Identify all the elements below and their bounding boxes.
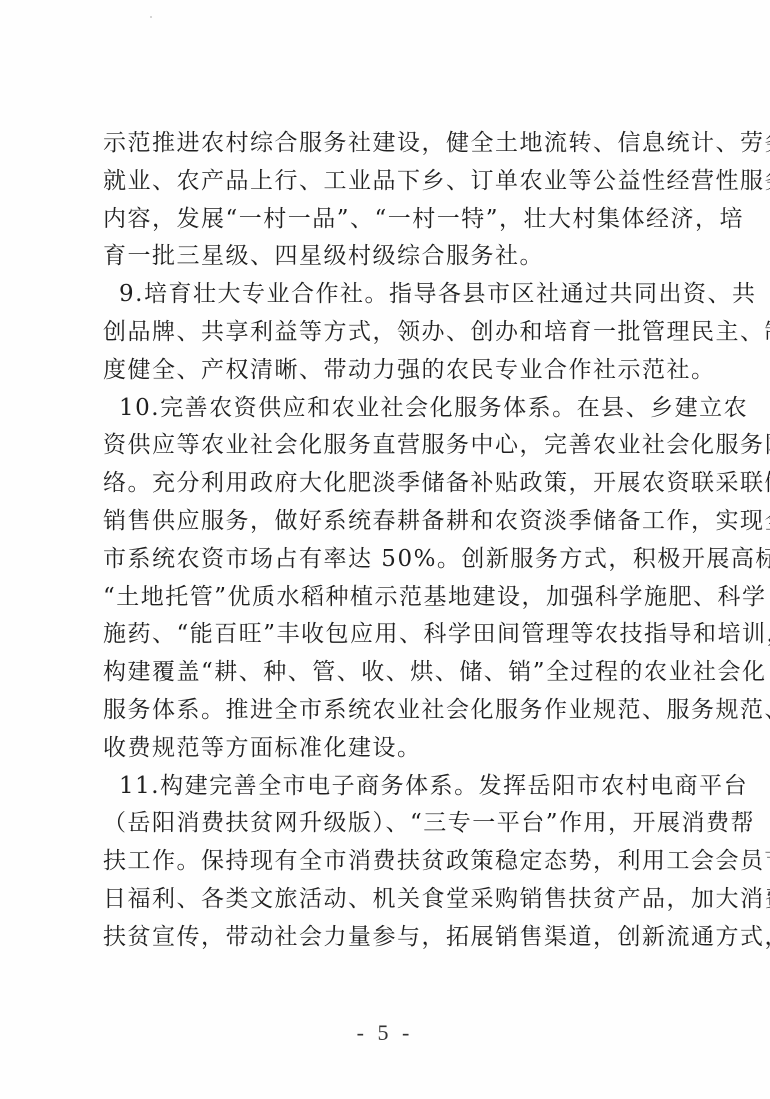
text-line-21: 日福利、各类文旅活动、机关食堂采购销售扶贫产品，加大消费: [103, 884, 693, 922]
text-line-3: 内容，发展“一村一品”、“一村一特”，壮大村集体经济，培: [103, 204, 693, 242]
text-line-16: 服务体系。推进全市系统农业社会化服务作业规范、服务规范、: [103, 695, 693, 733]
section-9-heading-line: 9.培育壮大专业合作社。指导各县市区社通过共同出资、共: [103, 279, 693, 317]
text-line-6: 创品牌、共享利益等方式，领办、创办和培育一批管理民主、制: [103, 317, 693, 355]
text-line-2: 就业、农产品上行、工业品下乡、订单农业等公益性经营性服务: [103, 166, 693, 204]
text-line-9: 资供应等农业社会化服务直营服务中心，完善农业社会化服务网: [103, 430, 693, 468]
text-line-13: “土地托管”优质水稻种植示范基地建设，加强科学施肥、科学: [103, 582, 693, 620]
text-line-22: 扶贫宣传，带动社会力量参与，拓展销售渠道，创新流通方式，: [103, 922, 693, 960]
text-line-7: 度健全、产权清晰、带动力强的农民专业合作社示范社。: [103, 355, 693, 393]
section-10-heading-line: 10.完善农资供应和农业社会化服务体系。在县、乡建立农: [103, 393, 693, 431]
document-page: 示范推进农村综合服务社建设，健全土地流转、信息统计、劳务 就业、农产品上行、工业…: [0, 0, 770, 1099]
text-line-10: 络。充分利用政府大化肥淡季储备补贴政策，开展农资联采联储: [103, 468, 693, 506]
text-line-11: 销售供应服务，做好系统春耕备耕和农资淡季储备工作，实现全: [103, 506, 693, 544]
text-line-19: （岳阳消费扶贫网升级版）、“三专一平台”作用，开展消费帮: [103, 808, 693, 846]
text-line-20: 扶工作。保持现有全市消费扶贫政策稳定态势，利用工会会员节: [103, 846, 693, 884]
text-line-14: 施药、“能百旺”丰收包应用、科学田间管理等农技指导和培训，: [103, 619, 693, 657]
text-line-4: 育一批三星级、四星级村级综合服务社。: [103, 241, 693, 279]
scan-speck: [150, 16, 152, 18]
text-line-1: 示范推进农村综合服务社建设，健全土地流转、信息统计、劳务: [103, 128, 693, 166]
page-number: - 5 -: [0, 1020, 770, 1046]
section-11-heading-line: 11.构建完善全市电子商务体系。发挥岳阳市农村电商平台: [103, 771, 693, 809]
document-body: 示范推进农村综合服务社建设，健全土地流转、信息统计、劳务 就业、农产品上行、工业…: [103, 128, 693, 960]
text-line-17: 收费规范等方面标准化建设。: [103, 733, 693, 771]
text-line-12: 市系统农资市场占有率达 50%。创新服务方式，积极开展高标准: [103, 544, 693, 582]
text-line-15: 构建覆盖“耕、种、管、收、烘、储、销”全过程的农业社会化: [103, 657, 693, 695]
